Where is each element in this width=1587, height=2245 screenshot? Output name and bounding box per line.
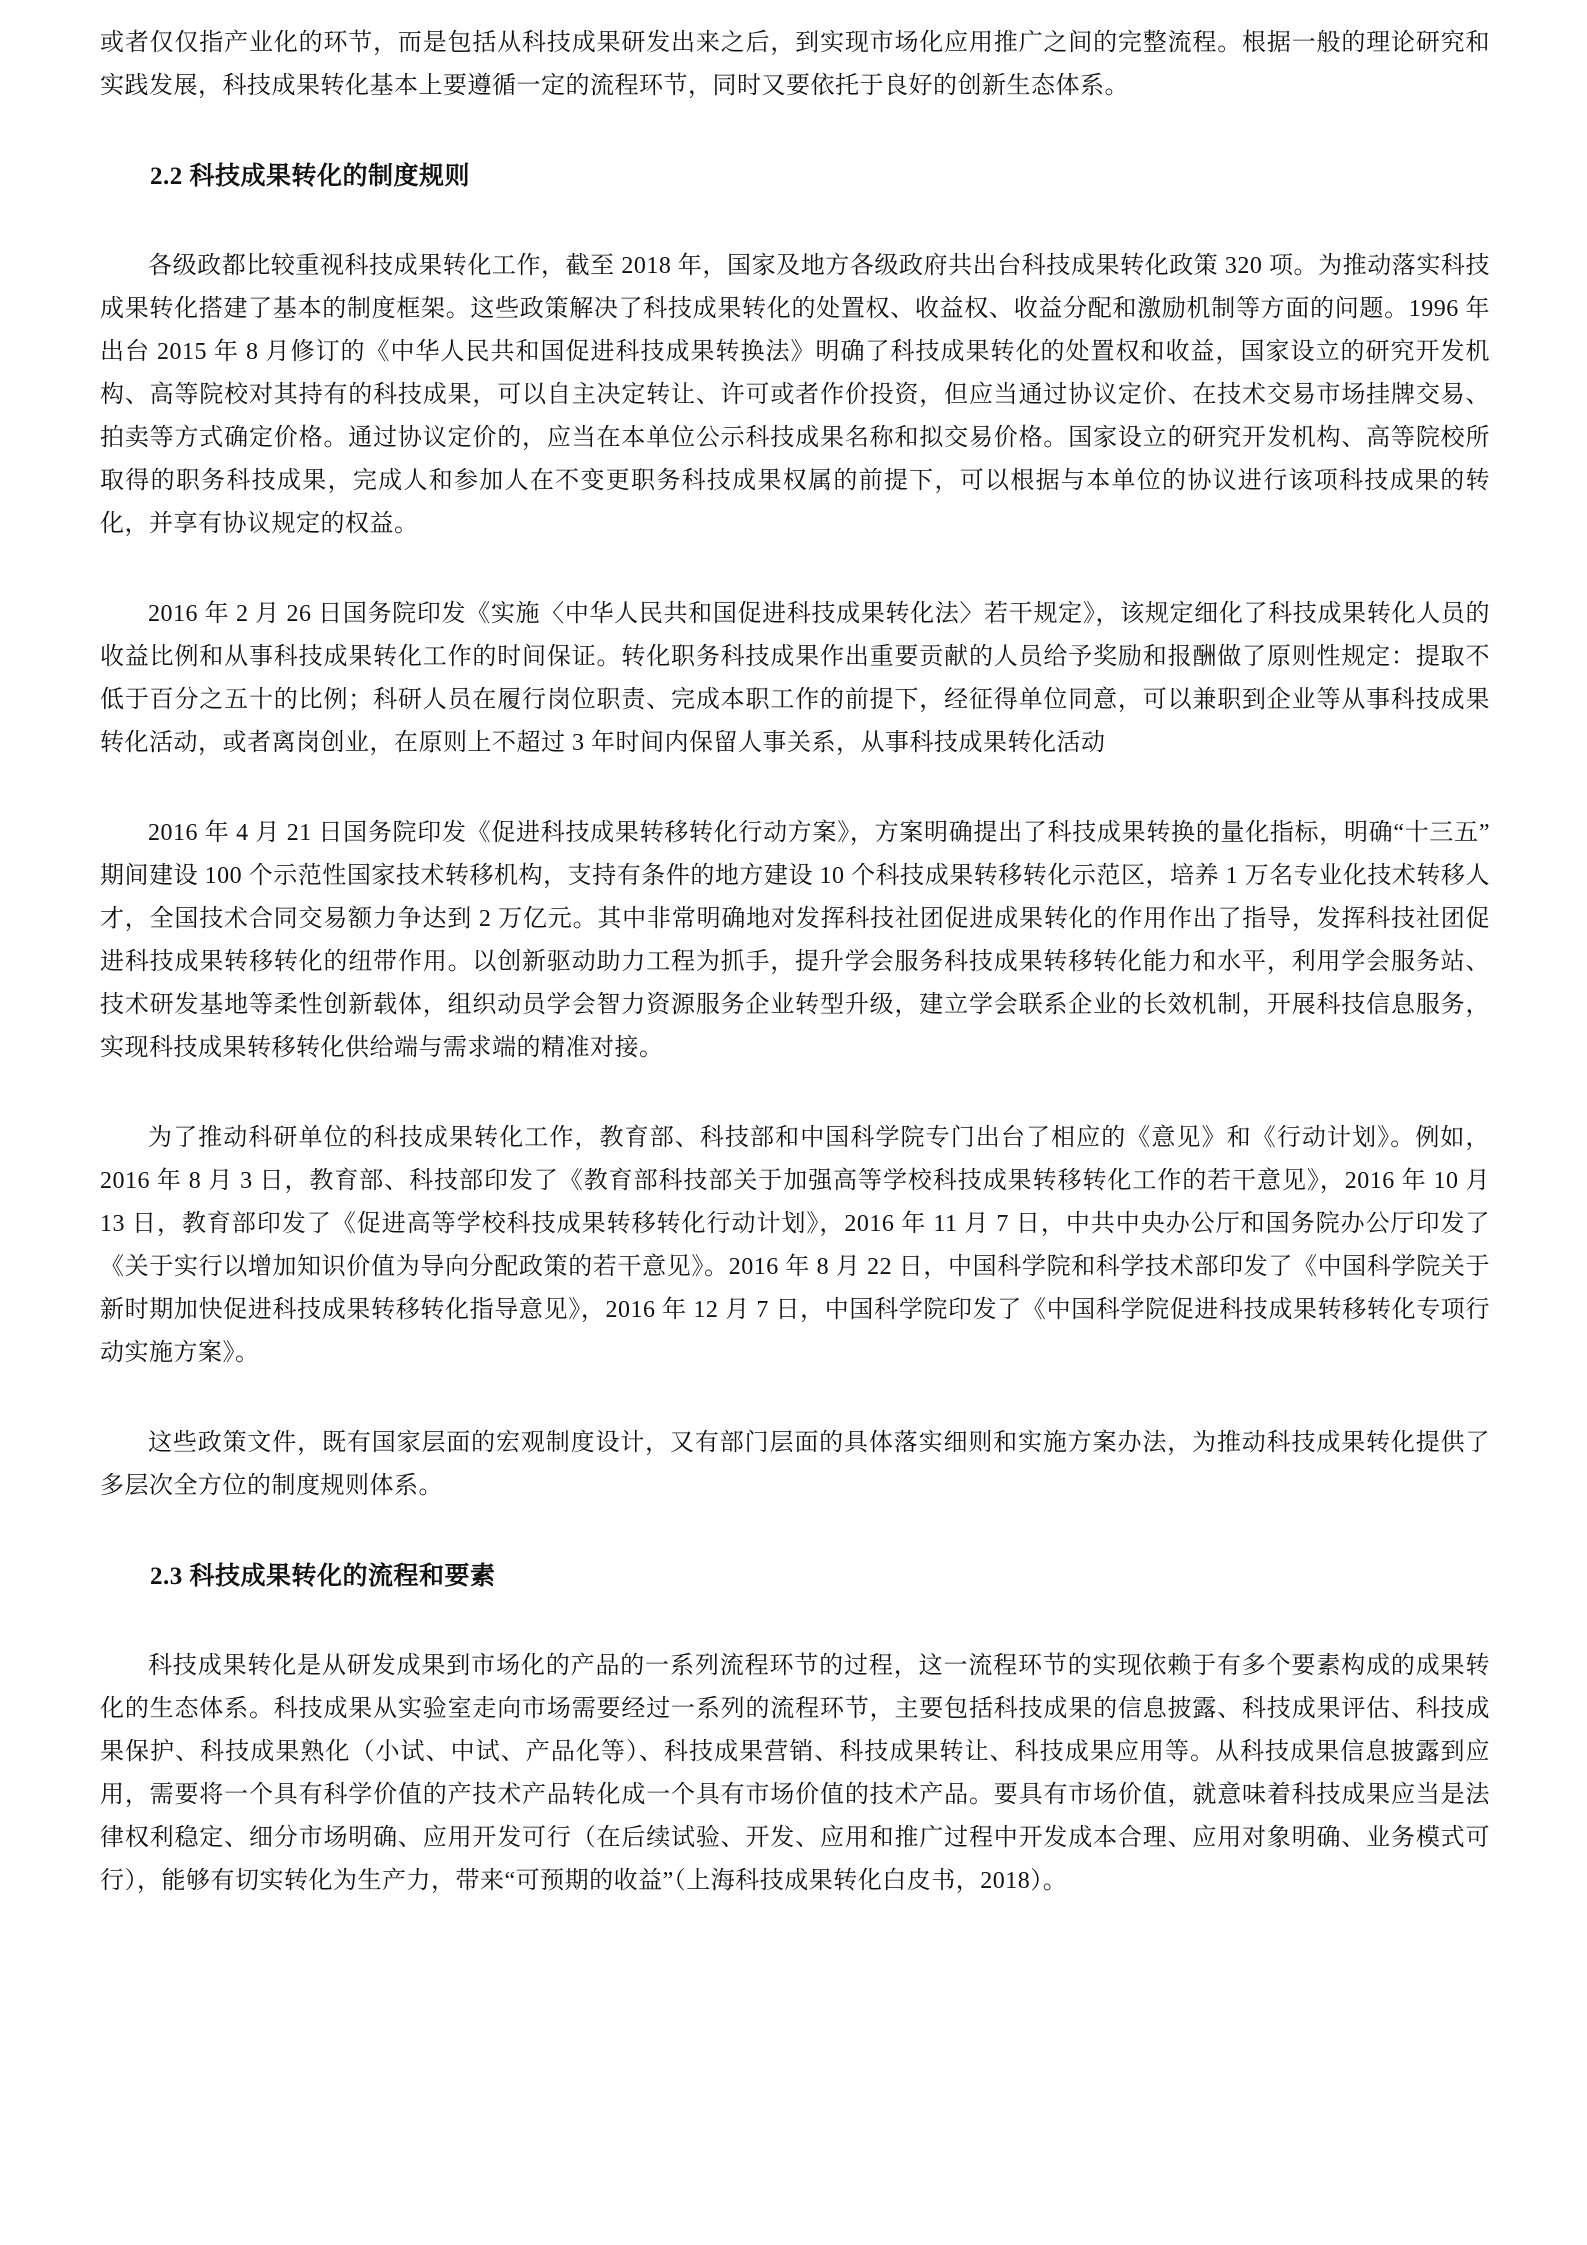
paragraph-policy-summary: 这些政策文件，既有国家层面的宏观制度设计，又有部门层面的具体落实细则和实施方案办… — [100, 1422, 1490, 1508]
document-page: 或者仅仅指产业化的环节，而是包括从科技成果研发出来之后，到实现市场化应用推广之间… — [0, 0, 1587, 2245]
paragraph-2016-apr-action-plan: 2016 年 4 月 21 日国务院印发《促进科技成果转移转化行动方案》，方案明… — [100, 812, 1490, 1070]
paragraph-ministry-documents: 为了推动科研单位的科技成果转化工作，教育部、科技部和中国科学院专门出台了相应的《… — [100, 1117, 1490, 1375]
paragraph-process-elements: 科技成果转化是从研发成果到市场化的产品的一系列流程环节的过程，这一流程环节的实现… — [100, 1645, 1490, 1903]
paragraph-2016-feb-regulation: 2016 年 2 月 26 日国务院印发《实施〈中华人民共和国促进科技成果转化法… — [100, 593, 1490, 765]
paragraph-continuation: 或者仅仅指产业化的环节，而是包括从科技成果研发出来之后，到实现市场化应用推广之间… — [100, 22, 1490, 108]
paragraph-policy-overview: 各级政都比较重视科技成果转化工作，截至 2018 年，国家及地方各级政府共出台科… — [100, 245, 1490, 546]
section-heading-2-2: 2.2 科技成果转化的制度规则 — [100, 155, 1490, 198]
section-heading-2-3: 2.3 科技成果转化的流程和要素 — [100, 1555, 1490, 1598]
